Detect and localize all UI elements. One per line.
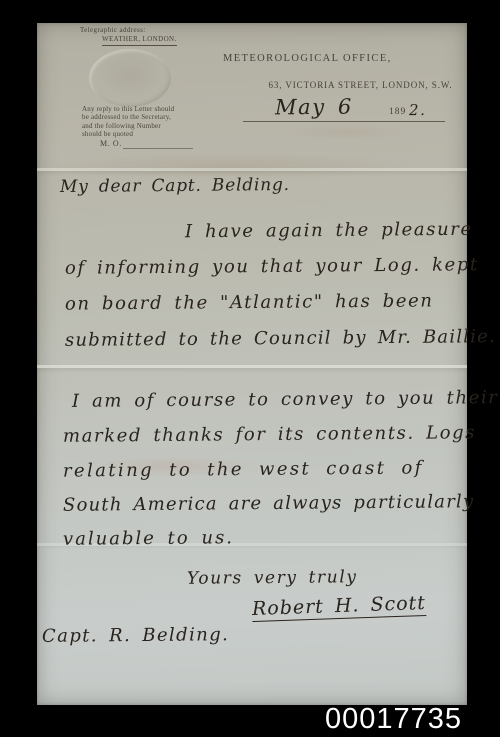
reply-instruction-note: Any reply to this Letter should be addre…: [82, 105, 197, 139]
telegraphic-value: WEATHER, LONDON.: [102, 35, 177, 46]
body-line: South America are always particularly: [63, 491, 475, 516]
addressee-name: Capt. R. Belding.: [42, 624, 229, 647]
embossed-seal-icon: [89, 49, 171, 107]
reply-note-line: should be quoted: [82, 130, 197, 138]
body-line: I am of course to convey to you their: [72, 387, 499, 412]
signature: Robert H. Scott: [252, 592, 427, 622]
body-line: relating to the west coast of: [63, 457, 424, 481]
office-name: METEOROLOGICAL OFFICE,: [223, 53, 373, 64]
handwritten-date: May 6: [275, 95, 353, 120]
fold-crease: [37, 168, 467, 171]
reference-label: M. O.: [100, 139, 122, 148]
reply-note-line: and the following Number: [82, 122, 197, 130]
office-address: 63, VICTORIA STREET, LONDON, S.W.: [263, 80, 458, 90]
body-line: on board the "Atlantic" has been: [65, 290, 434, 314]
body-line: of informing you that your Log. kept: [65, 254, 479, 279]
closing-phrase: Yours very truly: [187, 567, 358, 588]
body-line: I have again the pleasure: [185, 219, 473, 243]
archive-catalog-number: 00017735: [325, 704, 462, 734]
reply-note-line: Any reply to this Letter should: [82, 105, 197, 113]
telegraphic-address-block: Telegraphic address: WEATHER, LONDON.: [80, 26, 177, 46]
reference-blank-line: [123, 148, 193, 149]
handwritten-year-digit: 2.: [409, 101, 427, 119]
telegraphic-label: Telegraphic address:: [80, 26, 146, 34]
body-line: submitted to the Council by Mr. Baillie.: [65, 326, 496, 351]
letter-page: Telegraphic address: WEATHER, LONDON. ME…: [37, 23, 467, 705]
fold-crease: [37, 365, 467, 368]
salutation: My dear Capt. Belding.: [60, 175, 290, 197]
photograph-of-letter: Telegraphic address: WEATHER, LONDON. ME…: [0, 0, 500, 737]
body-line: marked thanks for its contents. Logs: [63, 422, 476, 447]
printed-year: 189: [389, 107, 406, 117]
date-blank-line: [243, 121, 445, 122]
reply-note-line: be addressed to the Secretary,: [82, 113, 197, 121]
body-line: valuable to us.: [63, 527, 234, 549]
